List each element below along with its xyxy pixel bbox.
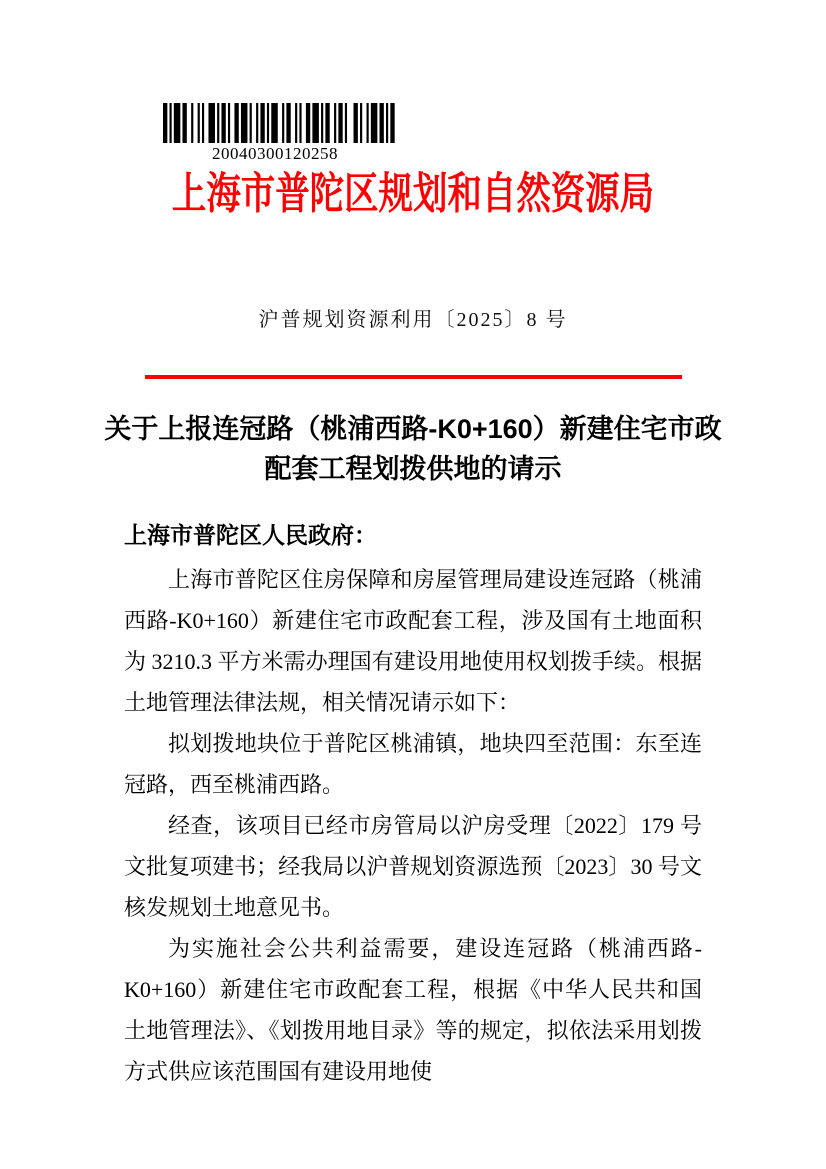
agency-title: 上海市普陀区规划和自然资源局 xyxy=(172,170,654,220)
paragraph: 为实施社会公共利益需要，建设连冠路（桃浦西路-K0+160）新建住宅市政配套工程… xyxy=(124,928,702,1092)
barcode xyxy=(163,103,399,143)
paragraph: 经查，该项目已经市房管局以沪房受理〔2022〕179 号文批复项建书；经我局以沪… xyxy=(124,805,702,928)
agency-header: 上海市普陀区规划和自然资源局 xyxy=(0,170,826,218)
document-reference-number: 沪普规划资源利用〔2025〕8 号 xyxy=(0,303,826,332)
red-divider-line xyxy=(145,375,682,379)
paragraph: 拟划拨地块位于普陀区桃浦镇，地块四至范围：东至连冠路，西至桃浦西路。 xyxy=(124,723,702,805)
barcode-image xyxy=(163,103,399,143)
document-title: 关于上报连冠路（桃浦西路-K0+160）新建住宅市政 配套工程划拨供地的请示 xyxy=(63,409,763,489)
salutation: 上海市普陀区人民政府： xyxy=(124,517,702,550)
letter-body: 上海市普陀区住房保障和房屋管理局建设连冠路（桃浦西路-K0+160）新建住宅市政… xyxy=(124,559,702,1092)
document-title-line2: 配套工程划拨供地的请示 xyxy=(63,449,763,489)
paragraph: 上海市普陀区住房保障和房屋管理局建设连冠路（桃浦西路-K0+160）新建住宅市政… xyxy=(124,559,702,723)
barcode-number: 20040300120258 xyxy=(212,144,338,164)
document-title-line1: 关于上报连冠路（桃浦西路-K0+160）新建住宅市政 xyxy=(63,409,763,449)
document-page: 20040300120258 上海市普陀区规划和自然资源局 沪普规划资源利用〔2… xyxy=(0,0,826,1169)
